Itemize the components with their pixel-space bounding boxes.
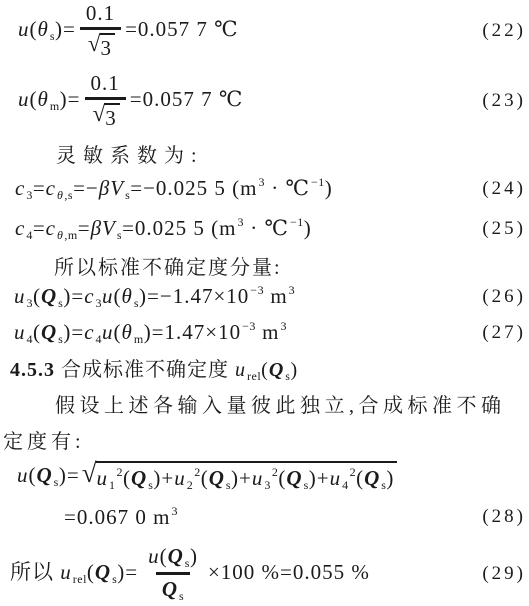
math-token: −1 <box>311 175 325 189</box>
equation-23-number: (23) <box>482 90 526 112</box>
math-token: 3 <box>289 283 296 297</box>
math-token: )=1.47×10 <box>144 320 241 344</box>
math-token: 4 <box>342 478 349 492</box>
sensitivity-lead-line: 灵敏系数为: <box>0 139 529 168</box>
math-token: )= <box>55 17 76 41</box>
math-token: c <box>15 216 25 240</box>
equation-27-math: u4(Qs)=c4u(θm)=1.47×10−3 m3 <box>14 319 287 347</box>
math-token: ( <box>87 560 95 584</box>
math-token: u <box>18 87 30 111</box>
math-token: Q <box>41 320 57 344</box>
math-token: Q <box>286 466 302 490</box>
equation-26-number: (26) <box>482 286 526 308</box>
math-token: c <box>84 320 94 344</box>
math-token: 合成标准不确定度 <box>55 359 235 381</box>
math-token: c <box>84 284 94 308</box>
math-token: =0.067 0 m <box>64 505 170 529</box>
math-token: =0.025 5 (m <box>122 216 236 240</box>
math-token: Q <box>269 359 284 381</box>
math-token: c <box>46 216 56 240</box>
math-token: ( <box>201 466 209 490</box>
math-token: 0.1 <box>86 1 115 25</box>
equation-24-number: (24) <box>482 178 526 200</box>
math-token: )= <box>117 560 138 584</box>
math-token: u <box>17 463 29 487</box>
equation-24-math: c3=cθ,s=−βVs=−0.025 5 (m3 · ℃−1) <box>15 175 333 203</box>
math-token: u <box>174 466 186 490</box>
math-denominator: √3 <box>85 97 126 130</box>
math-token: u <box>60 560 72 584</box>
math-token: ( <box>114 320 122 344</box>
paragraph-line-1-text: 假设上述各输入量彼此独立,合成标准不确 <box>55 389 506 418</box>
math-token: ( <box>123 466 131 490</box>
math-token: ( <box>160 544 168 568</box>
math-token: Q <box>41 284 57 308</box>
math-radicand: u12(Qs)+u22(Qs)+u32(Qs)+u42(Qs) <box>96 461 398 493</box>
math-token: =− <box>73 176 99 200</box>
math-token: 3 <box>101 36 113 60</box>
equation-26-math: u3(Qs)=c3u(θs)=−1.47×10−3 m3 <box>14 283 295 311</box>
math-token: θ <box>122 320 133 344</box>
math-token: 0.1 <box>91 71 120 95</box>
equation-28-math-line-1: u(Qs)=√u12(Qs)+u22(Qs)+u32(Qs)+u42(Qs) <box>17 461 397 493</box>
math-token: 1 <box>109 478 116 492</box>
math-token: θ <box>122 284 133 308</box>
equation-22-math: u(θs)=0.1√3=0.057 7 ℃ <box>18 2 239 60</box>
equation-28-number: (28) <box>482 506 526 528</box>
math-token: Q <box>37 463 53 487</box>
math-radical-group: √3 <box>93 103 120 130</box>
math-token: 3 <box>105 106 117 130</box>
math-token: ) <box>304 216 312 240</box>
math-radicand: 3 <box>104 103 120 130</box>
equation-28-line-1: u(Qs)=√u12(Qs)+u22(Qs)+u32(Qs)+u42(Qs) <box>0 461 529 493</box>
math-token: =0.057 7 ℃ <box>130 87 244 111</box>
math-token: ( <box>33 320 41 344</box>
math-token: )= <box>63 320 84 344</box>
paragraph-line-2: 定度有: <box>0 425 529 454</box>
equation-29-row: 所以 urel(Qs)=u(Qs)Qs×100 %=0.055 % (29) <box>0 543 529 605</box>
section-heading-4-5-3: 4.5.3 合成标准不确定度 urel(Qs) <box>0 353 529 384</box>
math-token: 2 <box>187 478 194 492</box>
math-token: =0.057 7 ℃ <box>125 17 239 41</box>
math-token: s <box>179 589 184 603</box>
math-denominator: √3 <box>80 27 121 60</box>
equation-24-row: c3=cθ,s=−βVs=−0.025 5 (m3 · ℃−1) (24) <box>0 172 529 206</box>
math-token: Q <box>95 560 111 584</box>
math-token: )= <box>60 87 81 111</box>
math-fraction: 0.1√3 <box>85 72 126 130</box>
math-token: u <box>148 544 160 568</box>
math-token: )=−1.47×10 <box>139 284 249 308</box>
equation-29-number: (29) <box>482 563 526 585</box>
equation-28-math-line-2: =0.067 0 m3 <box>64 504 178 530</box>
math-token: ( <box>29 463 37 487</box>
math-token: ,m <box>64 228 77 242</box>
math-fraction: 0.1√3 <box>80 2 121 60</box>
math-token: u <box>252 466 264 490</box>
math-token: m <box>256 320 280 344</box>
math-token: u <box>18 17 30 41</box>
math-token: =−0.025 5 (m <box>130 176 257 200</box>
math-token: = <box>78 216 91 240</box>
math-token: u <box>102 284 114 308</box>
math-token: )= <box>59 463 80 487</box>
math-token: ×100 %=0.055 % <box>208 560 370 584</box>
math-radical-group: √u12(Qs)+u22(Qs)+u32(Qs)+u42(Qs) <box>82 461 398 493</box>
math-token: Q <box>364 466 380 490</box>
math-token: ,s <box>64 188 73 202</box>
math-radicand: 3 <box>100 33 116 60</box>
math-token: u <box>14 284 26 308</box>
math-token: u <box>14 320 26 344</box>
math-token: 所以 <box>10 560 60 584</box>
math-token: m <box>50 99 60 113</box>
math-token: rel <box>73 572 87 586</box>
equation-22-number: (22) <box>482 20 526 42</box>
math-token: 3 <box>281 319 288 333</box>
equation-28-line-2: =0.067 0 m3 (28) <box>0 504 529 530</box>
math-token: βV <box>99 176 124 200</box>
math-token: ) <box>386 466 394 490</box>
math-token: −3 <box>250 283 264 297</box>
math-token: · ℃ <box>265 176 310 200</box>
equation-25-math: c4=cθ,m=βVs=0.025 5 (m3 · ℃−1) <box>15 215 312 243</box>
equation-25-row: c4=cθ,m=βVs=0.025 5 (m3 · ℃−1) (25) <box>0 212 529 246</box>
math-token: ( <box>30 17 38 41</box>
math-token: −3 <box>242 319 256 333</box>
math-token: u <box>235 359 246 381</box>
paragraph-line-2-text: 定度有: <box>3 425 85 454</box>
sensitivity-lead-text: 灵敏系数为: <box>56 139 204 168</box>
section-heading-math: 4.5.3 合成标准不确定度 urel(Qs) <box>10 353 298 384</box>
math-token: )+ <box>231 466 252 490</box>
math-token: βV <box>91 216 116 240</box>
math-token: )+ <box>153 466 174 490</box>
equation-29-math: 所以 urel(Qs)=u(Qs)Qs×100 %=0.055 % <box>10 545 370 603</box>
math-token: Q <box>168 544 184 568</box>
math-token: 4.5.3 <box>10 359 55 381</box>
math-token: u <box>102 320 114 344</box>
math-token: c <box>46 176 56 200</box>
math-token: θ <box>57 228 63 242</box>
math-numerator: 0.1 <box>85 72 126 97</box>
math-token: Q <box>209 466 225 490</box>
math-token: θ <box>38 87 49 111</box>
math-token: ( <box>114 284 122 308</box>
components-lead-text: 所以标准不确定度分量: <box>54 251 282 280</box>
math-token: ( <box>356 466 364 490</box>
math-denominator: Qs <box>156 572 190 603</box>
math-token: ( <box>30 87 38 111</box>
math-token: = <box>33 176 46 200</box>
math-token: −1 <box>290 215 304 229</box>
paragraph-line-1: 假设上述各输入量彼此独立,合成标准不确 <box>0 389 529 418</box>
math-token: ) <box>325 176 333 200</box>
document-page: u(θs)=0.1√3=0.057 7 ℃ (22) u(θm)=0.1√3=0… <box>0 0 529 606</box>
equation-25-number: (25) <box>482 218 526 240</box>
math-radical-group: √3 <box>88 33 115 60</box>
math-token: )+ <box>309 466 330 490</box>
radical-sign-icon: √ <box>82 461 97 487</box>
math-token: c <box>15 176 25 200</box>
math-token: θ <box>38 17 49 41</box>
equation-23-math: u(θm)=0.1√3=0.057 7 ℃ <box>18 72 243 130</box>
math-token: · ℃ <box>244 216 289 240</box>
math-token: )= <box>63 284 84 308</box>
math-token: Q <box>131 466 147 490</box>
math-token: ( <box>261 359 269 381</box>
math-token: 3 <box>264 478 271 492</box>
math-token: θ <box>57 188 63 202</box>
math-token: m <box>264 284 288 308</box>
equation-23-row: u(θm)=0.1√3=0.057 7 ℃ (23) <box>0 70 529 132</box>
equation-26-row: u3(Qs)=c3u(θs)=−1.47×10−3 m3 (26) <box>0 280 529 314</box>
math-token: Q <box>162 577 178 601</box>
equation-27-row: u4(Qs)=c4u(θm)=1.47×10−3 m3 (27) <box>0 316 529 350</box>
math-token: ) <box>290 359 298 381</box>
math-token: rel <box>247 369 261 383</box>
math-token: = <box>33 216 46 240</box>
components-lead-line: 所以标准不确定度分量: <box>0 251 529 280</box>
math-token: 3 <box>171 504 178 518</box>
math-numerator: 0.1 <box>80 2 121 27</box>
equation-22-row: u(θs)=0.1√3=0.057 7 ℃ (22) <box>0 0 529 62</box>
math-numerator: u(Qs) <box>142 545 204 572</box>
math-token: u <box>97 466 109 490</box>
math-token: u <box>330 466 342 490</box>
equation-27-number: (27) <box>482 322 526 344</box>
math-token: ) <box>190 544 198 568</box>
math-token: ( <box>33 284 41 308</box>
math-token: m <box>134 332 144 346</box>
math-fraction: u(Qs)Qs <box>142 545 204 603</box>
